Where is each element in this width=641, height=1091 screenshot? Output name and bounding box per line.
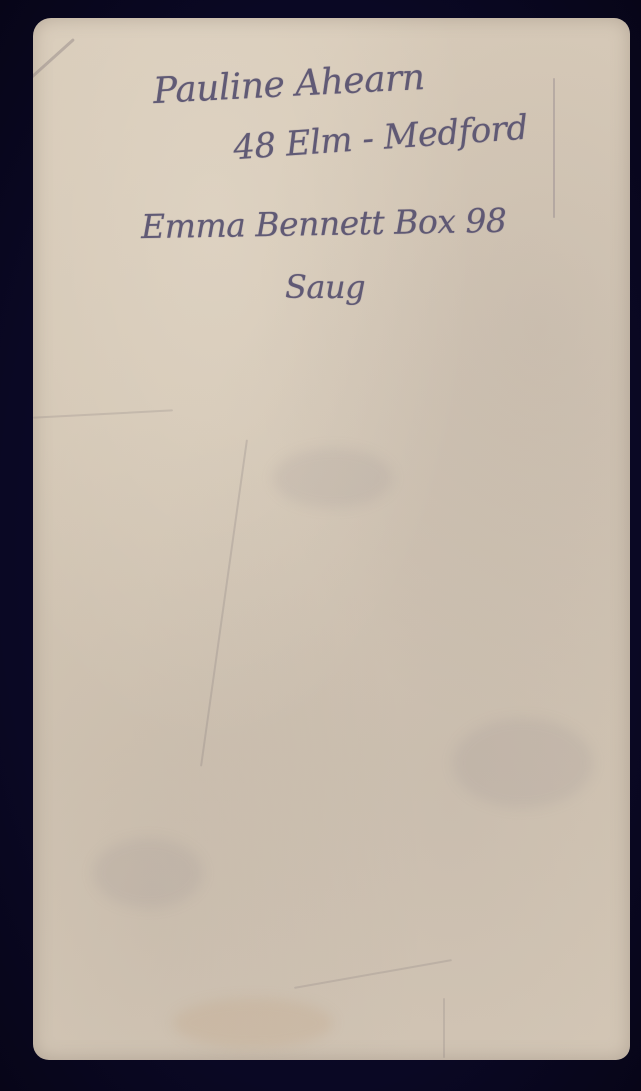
card: Pauline Ahearn 48 Elm - Medford Emma Ben…: [33, 18, 630, 1060]
crease-mark: [33, 38, 75, 121]
handwritten-address-1: 48 Elm - Medford: [232, 108, 529, 168]
handwritten-name-1: Pauline Ahearn: [152, 57, 425, 112]
handwritten-name-2: Emma Bennett Box 98: [141, 201, 507, 246]
crease-mark: [294, 959, 452, 989]
crease-mark: [553, 78, 555, 218]
stain: [93, 838, 203, 908]
stain: [173, 998, 333, 1048]
crease-mark: [200, 439, 248, 766]
crease-mark: [33, 409, 173, 418]
stain: [453, 718, 593, 808]
handwritten-town-2: Saug: [285, 268, 365, 306]
crease-mark: [443, 998, 445, 1058]
stain: [273, 448, 393, 508]
